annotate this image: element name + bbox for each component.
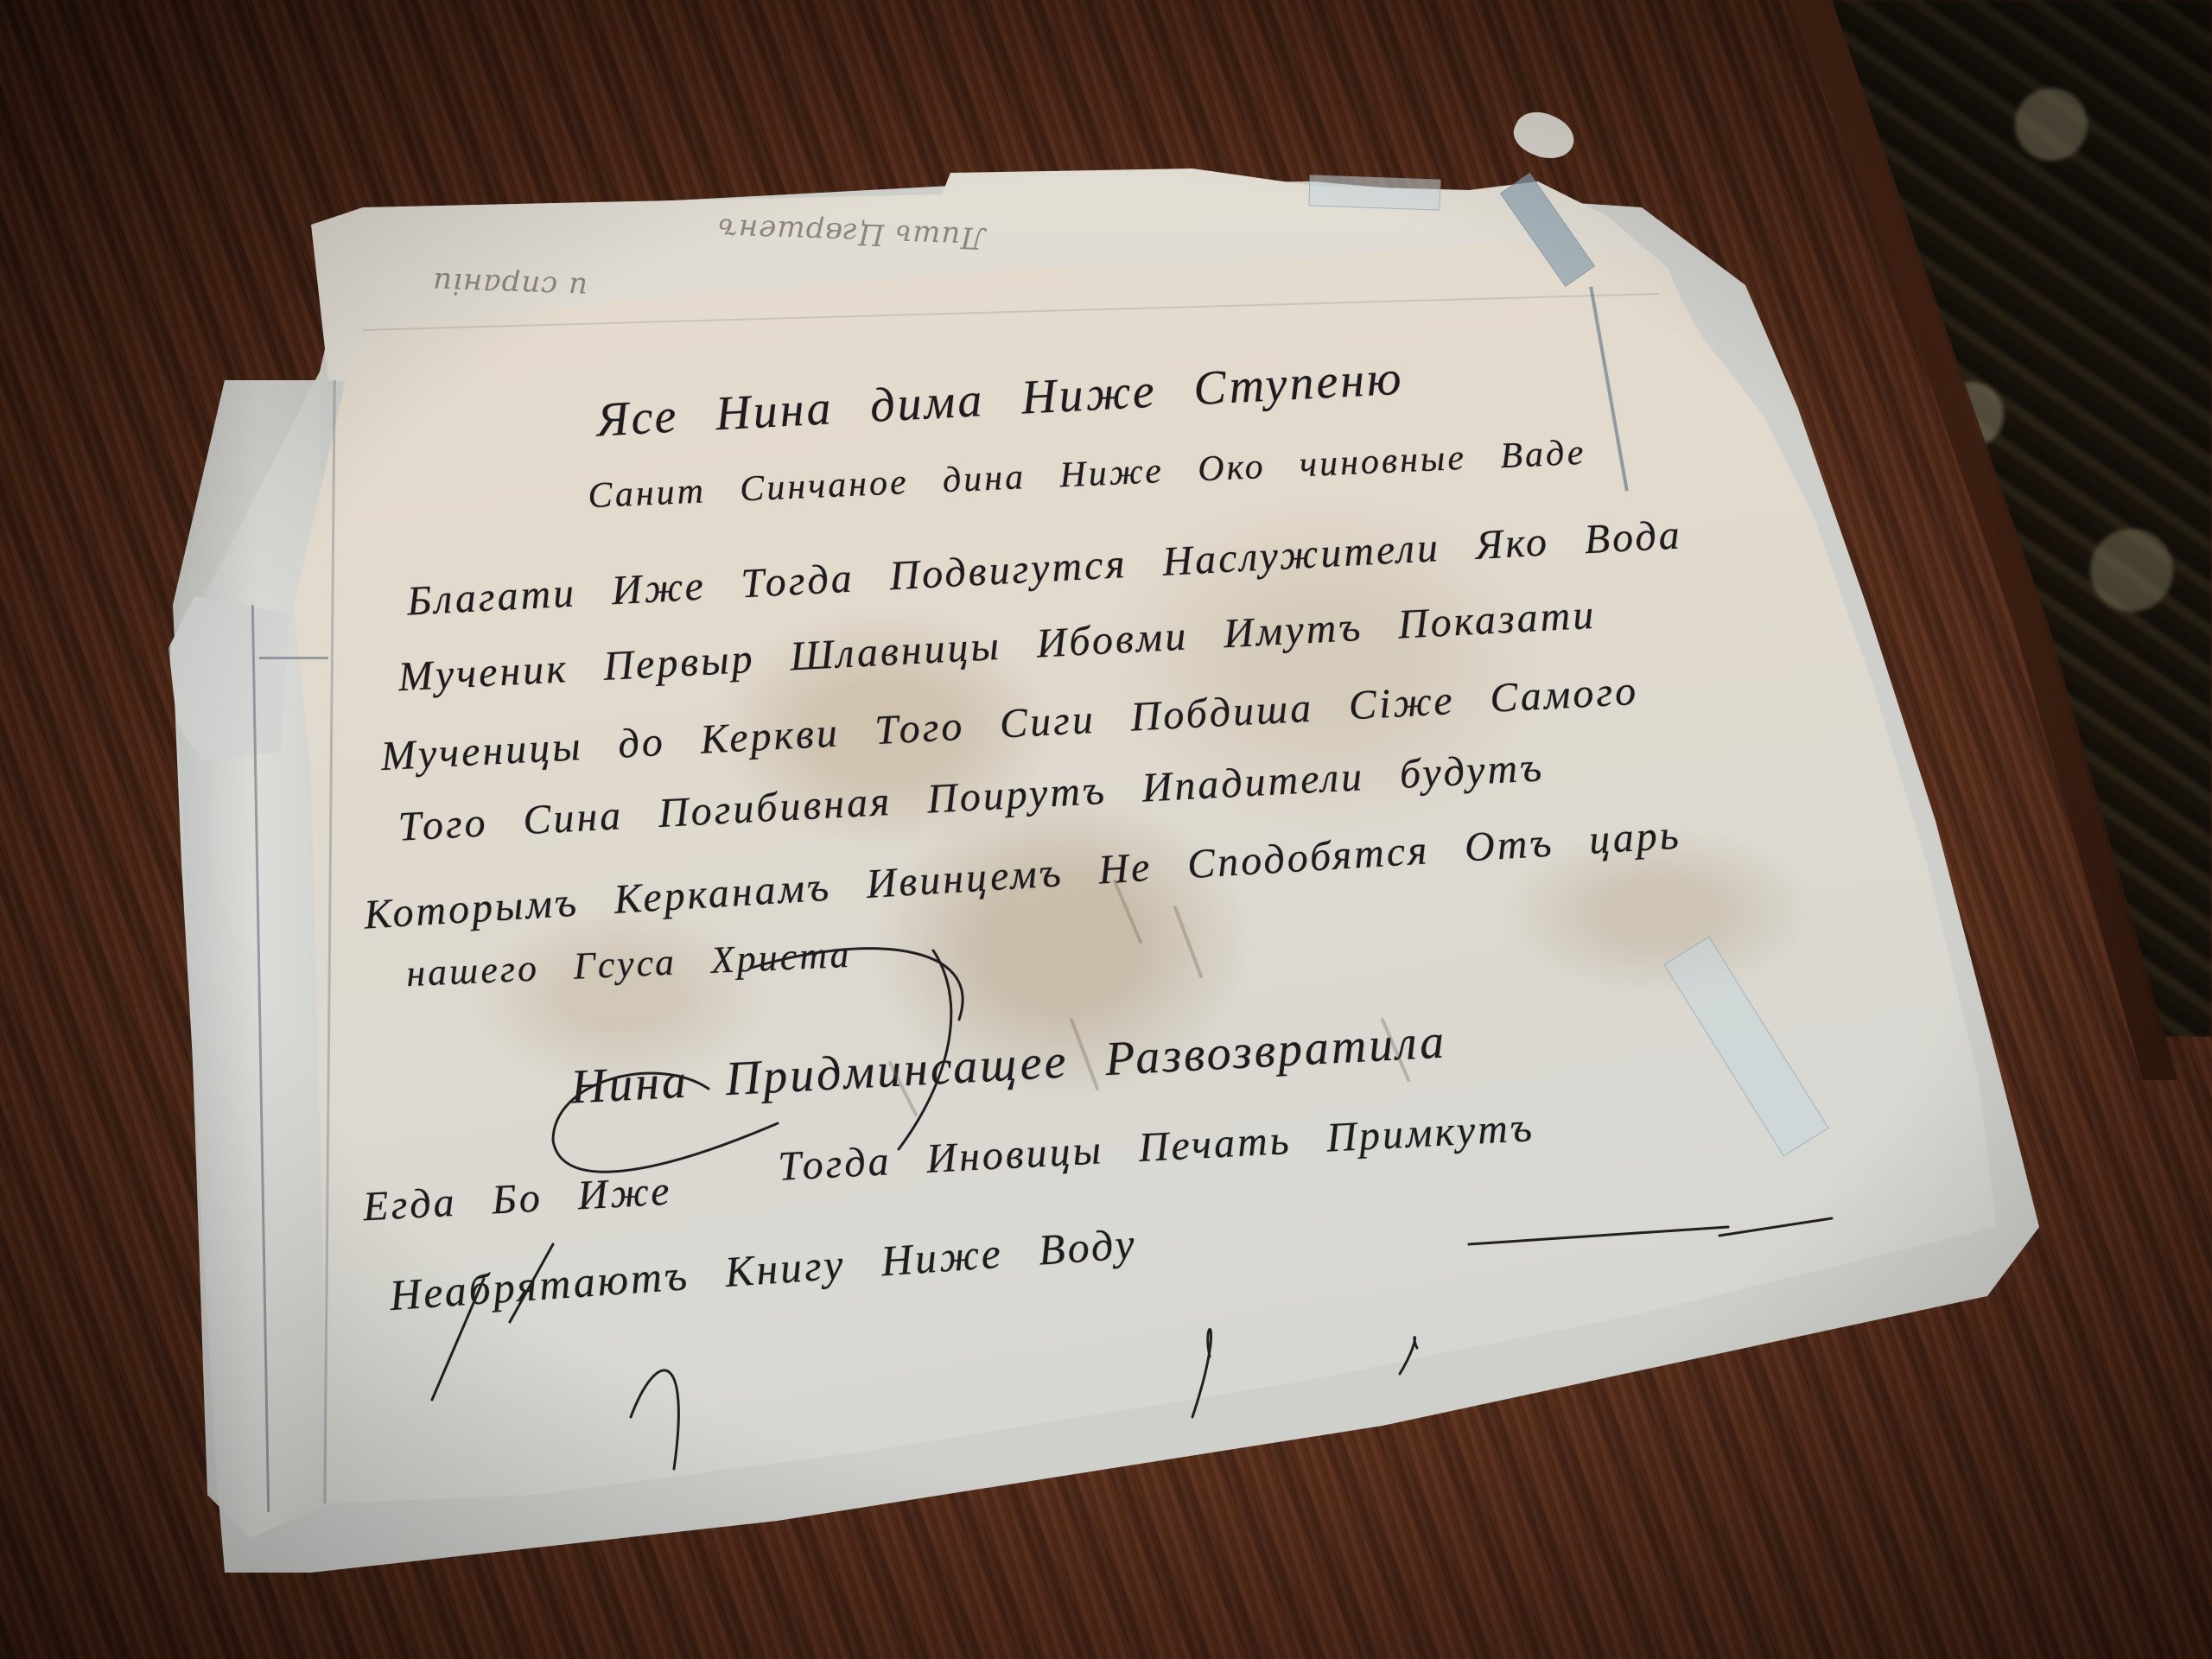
adhesive-tape [1308,175,1440,210]
inverted-header-line: и спраніи [431,265,588,305]
photo-scene: Лишь Цгвршенъ и спраніи Ясе Нина дима Ни… [0,0,2212,1659]
paper-torn-flap [168,596,291,760]
document-stack: Лишь Цгвршенъ и спраніи Ясе Нина дима Ни… [0,0,2212,1659]
torn-paper-scrap [1508,104,1581,168]
fold-crease [259,657,328,659]
